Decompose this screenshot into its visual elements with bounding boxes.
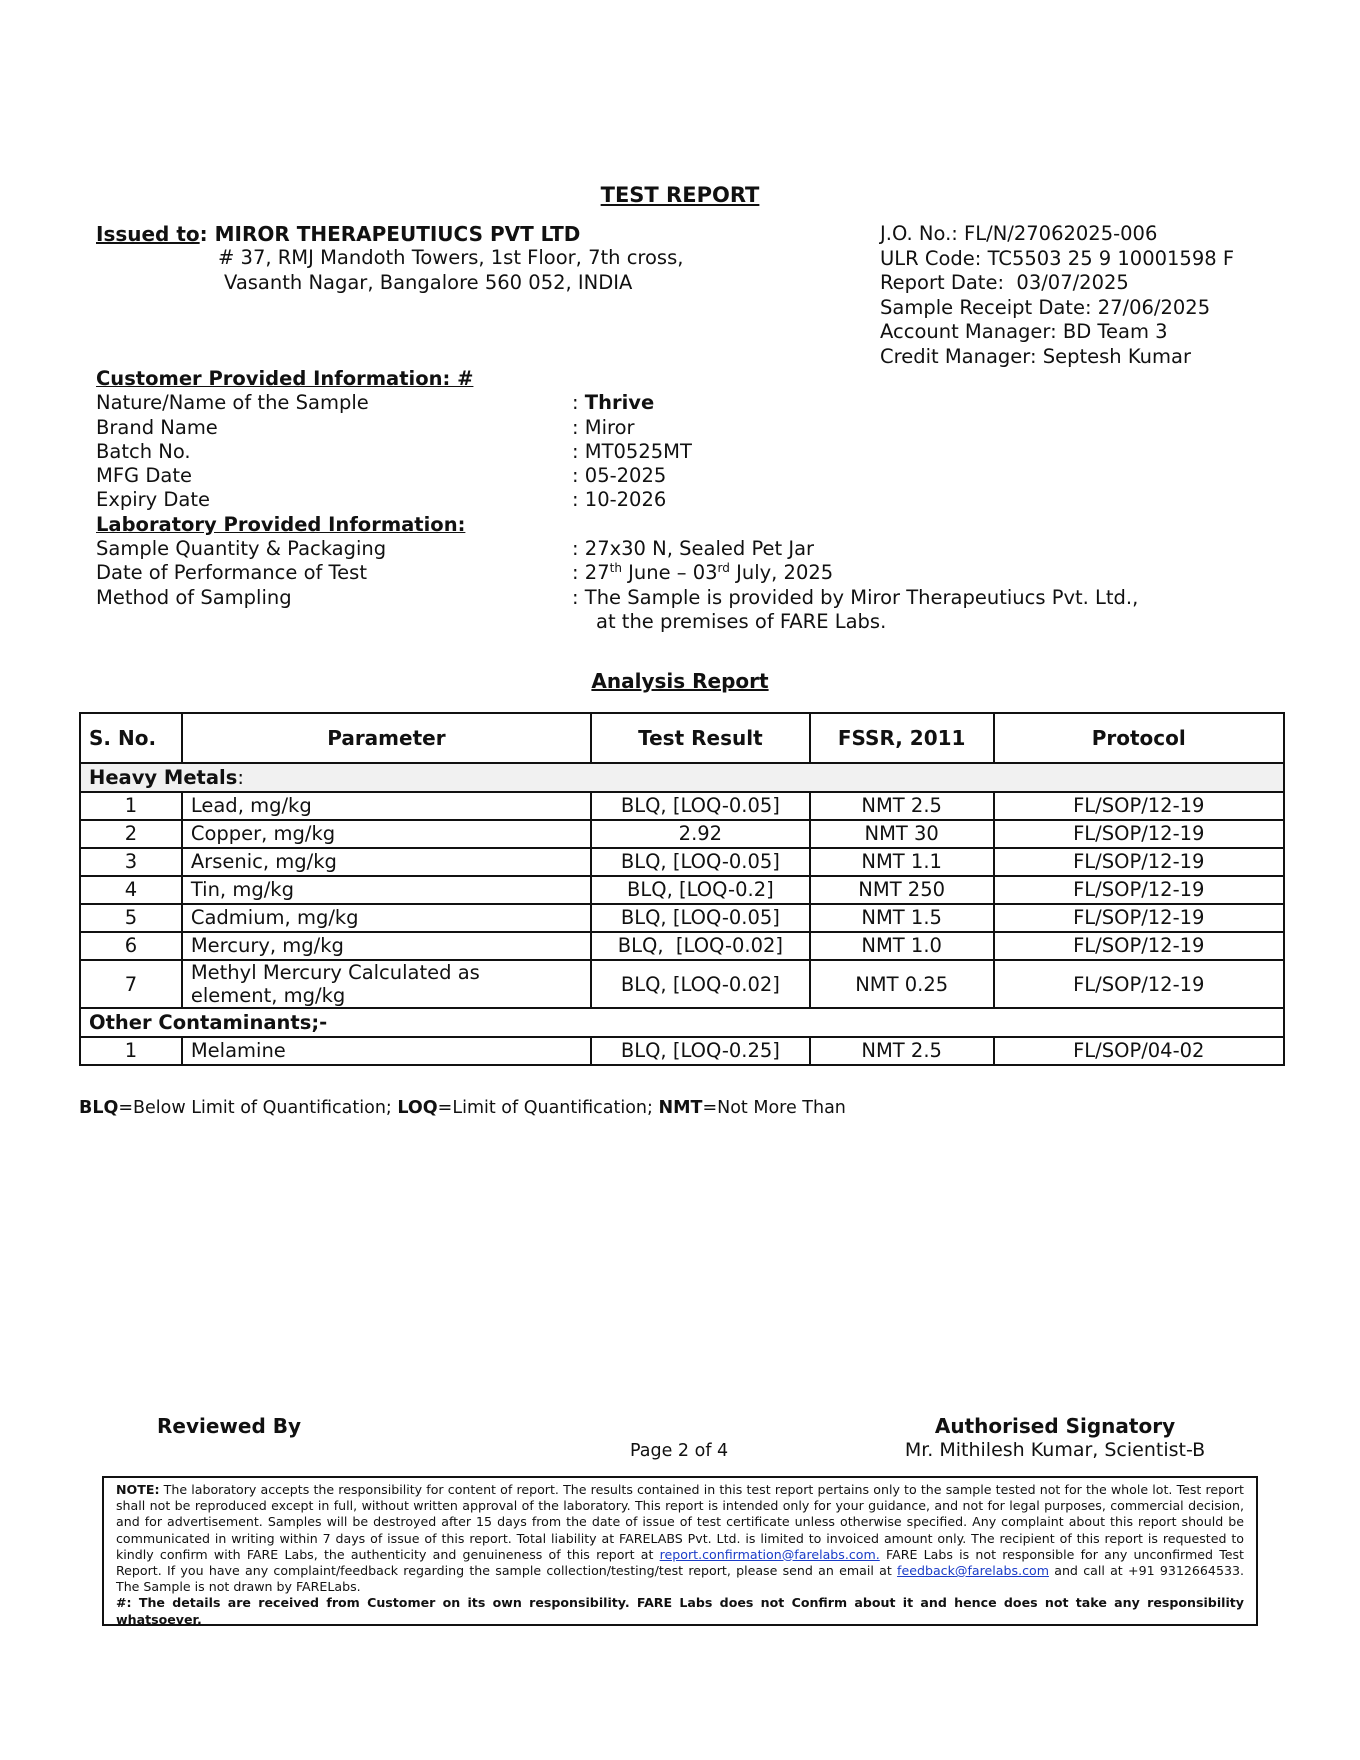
lab-info-heading: Laboratory Provided Information: [96, 513, 1276, 537]
info-row-sample-name: Nature/Name of the Sample: Thrive [96, 391, 1276, 415]
report-meta: J.O. No.: FL/N/27062025-006 ULR Code: TC… [880, 222, 1234, 369]
info-row-sample-qty: Sample Quantity & Packaging: 27x30 N, Se… [96, 537, 1276, 561]
table-row: 4Tin, mg/kgBLQ, [LOQ-0.2]NMT 250FL/SOP/1… [80, 876, 1284, 904]
info-row-mfg-date: MFG Date: 05-2025 [96, 464, 1276, 488]
confirmation-email-link[interactable]: report.confirmation@farelabs.com. [660, 1547, 880, 1562]
account-manager: Account Manager: BD Team 3 [880, 320, 1234, 345]
address-line-1: # 37, RMJ Mandoth Towers, 1st Floor, 7th… [218, 246, 683, 271]
company-address: # 37, RMJ Mandoth Towers, 1st Floor, 7th… [218, 246, 683, 295]
abbreviation-legend: BLQ=Below Limit of Quantification; LOQ=L… [79, 1098, 846, 1118]
credit-manager: Credit Manager: Septesh Kumar [880, 345, 1234, 370]
table-row: 3Arsenic, mg/kgBLQ, [LOQ-0.05]NMT 1.1FL/… [80, 848, 1284, 876]
note-box: NOTE: The laboratory accepts the respons… [102, 1476, 1258, 1626]
sample-receipt-date: Sample Receipt Date: 27/06/2025 [880, 296, 1234, 321]
reviewed-by: Reviewed By [157, 1414, 301, 1438]
table-row: 1MelamineBLQ, [LOQ-0.25]NMT 2.5FL/SOP/04… [80, 1037, 1284, 1065]
info-row-expiry-date: Expiry Date: 10-2026 [96, 488, 1276, 512]
info-row-test-date: Date of Performance of Test: 27th June –… [96, 561, 1276, 585]
signer-name: Mr. Mithilesh Kumar, Scientist-B [880, 1439, 1230, 1461]
address-line-2: Vasanth Nagar, Bangalore 560 052, INDIA [218, 271, 683, 296]
table-header: S. No. Parameter Test Result FSSR, 2011 … [80, 713, 1284, 763]
customer-info-heading: Customer Provided Information: # [96, 367, 1276, 391]
table-row: 6Mercury, mg/kgBLQ, [LOQ-0.02]NMT 1.0FL/… [80, 932, 1284, 960]
company-name: MIROR THERAPEUTIUCS PVT LTD [215, 222, 581, 246]
table-row: 1Lead, mg/kgBLQ, [LOQ-0.05]NMT 2.5FL/SOP… [80, 792, 1284, 820]
info-row-batch: Batch No.: MT0525MT [96, 440, 1276, 464]
feedback-email-link[interactable]: feedback@farelabs.com [897, 1563, 1049, 1578]
customer-disclaimer: #: The details are received from Custome… [116, 1595, 1244, 1626]
table-row: 2Copper, mg/kg2.92NMT 30FL/SOP/12-19 [80, 820, 1284, 848]
sample-information: Customer Provided Information: # Nature/… [96, 367, 1276, 634]
ulr-code: ULR Code: TC5503 25 9 10001598 F [880, 247, 1234, 272]
report-title: TEST REPORT [0, 183, 1360, 207]
report-date: Report Date: 03/07/2025 [880, 271, 1234, 296]
analysis-table: S. No. Parameter Test Result FSSR, 2011 … [79, 712, 1285, 1066]
group-other-contaminants: Other Contaminants;- [80, 1008, 1284, 1037]
issued-to-label: Issued to [96, 222, 200, 246]
info-row-brand: Brand Name: Miror [96, 416, 1276, 440]
table-row: 7Methyl Mercury Calculated aselement, mg… [80, 960, 1284, 1008]
table-row: 5Cadmium, mg/kgBLQ, [LOQ-0.05]NMT 1.5FL/… [80, 904, 1284, 932]
page-number: Page 2 of 4 [630, 1441, 728, 1461]
issued-to: Issued to: MIROR THERAPEUTIUCS PVT LTD [96, 222, 580, 247]
info-row-sampling-method: Method of Sampling: The Sample is provid… [96, 586, 1276, 635]
authorised-signatory: Authorised Signatory [900, 1414, 1210, 1438]
jo-number: J.O. No.: FL/N/27062025-006 [880, 222, 1234, 247]
group-heavy-metals: Heavy Metals: [80, 763, 1284, 792]
analysis-report-title: Analysis Report [0, 669, 1360, 693]
